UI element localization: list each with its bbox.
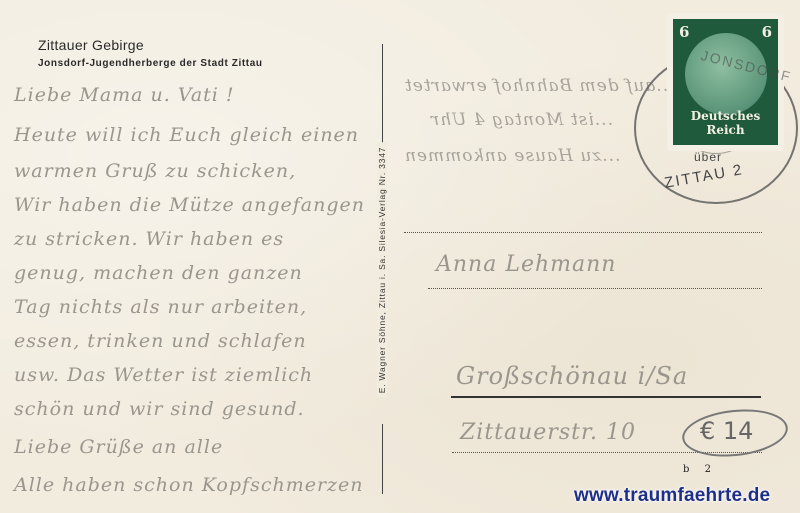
publisher-imprint: E. Wagner Söhne, Zittau i. Sa. Silesia-V… — [377, 143, 387, 398]
message-line: Alle haben schon Kopfschmerzen — [14, 474, 364, 496]
card-subtitle: Jonsdorf-Jugendherberge der Stadt Zittau — [38, 58, 263, 69]
address-town: Großschönau i/Sa — [456, 362, 688, 390]
address-rule-1 — [404, 232, 762, 233]
message-line: essen, trinken und schlafen — [14, 330, 307, 352]
message-line: Tag nichts als nur arbeiten, — [14, 296, 307, 318]
card-title: Zittauer Gebirge — [38, 37, 144, 53]
address-rule-3 — [451, 396, 761, 398]
address-street: Zittauerstr. 10 — [460, 420, 636, 445]
pencil-price-note: € 14 — [700, 417, 753, 445]
postcard-back: Zittauer Gebirge Jonsdorf-Jugendherberge… — [0, 0, 800, 513]
message-line: zu stricken. Wir haben es — [14, 228, 284, 250]
message-line: genug, machen den ganzen — [14, 262, 303, 284]
address-rule-2 — [428, 288, 762, 289]
message-line: warmen Gruß zu schicken, — [14, 160, 296, 182]
message-line: usw. Das Wetter ist ziemlich — [14, 364, 313, 386]
stamp-value-left: 6 — [679, 23, 689, 41]
stamp-country: Deutsches Reich — [673, 109, 778, 137]
bleedthrough-line: ...zu Hause ankommen — [404, 146, 621, 166]
address-name: Anna Lehmann — [436, 252, 616, 277]
postage-stamp: 6 6 Deutsches Reich — [667, 13, 784, 151]
message-line: Heute will ich Euch gleich einen — [14, 124, 359, 146]
message-line: Liebe Mama u. Vati ! — [14, 84, 235, 106]
postmark-via: über — [694, 150, 722, 164]
message-line: schön und wir sind gesund. — [14, 398, 305, 420]
message-line: Liebe Grüße an alle — [14, 436, 223, 458]
watermark-link[interactable]: www.traumfaehrte.de — [574, 485, 770, 507]
stamp-value-right: 6 — [762, 23, 772, 41]
print-code: b 2 — [683, 464, 711, 475]
bleedthrough-line: ...ist Montag 4 Uhr — [430, 110, 613, 130]
bleedthrough-line: ...auf dem Bahnhof erwartet — [404, 76, 675, 96]
message-line: Wir haben die Mütze angefangen — [14, 194, 365, 216]
